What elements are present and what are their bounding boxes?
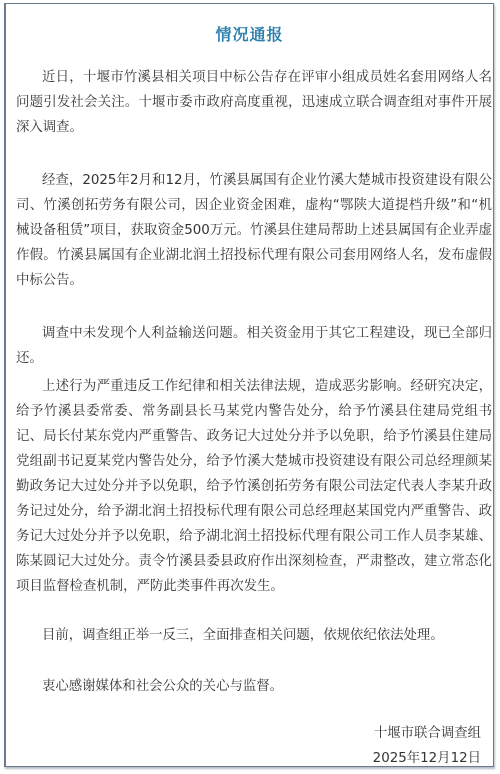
paragraph-thanks: 衷心感谢媒体和社会公众的关心与监督。	[16, 674, 492, 699]
paragraph-current: 目前，调查组正举一反三，全面排查相关问题，依规依纪依法处理。	[16, 623, 492, 648]
notice-frame: 情况通报 近日，十堰市竹溪县相关项目中标公告存在评审小组成员姓名套用网络人名问题…	[4, 3, 494, 767]
paragraph-funds: 调查中未发现个人利益输送问题。相关资金用于其它工程建设，现已全部归还。	[16, 321, 492, 371]
signature-issuer: 十堰市联合调查组	[374, 722, 481, 741]
notice-title: 情况通报	[6, 22, 493, 45]
paragraph-penalties: 上述行为严重违反工作纪律和相关法律法规，造成恶劣影响。经研究决定，给予竹溪县委常…	[16, 374, 492, 599]
paragraph-findings: 经查，2025年2月和12月，竹溪县属国有企业竹溪大楚城市投资建设有限公司、竹溪…	[16, 168, 492, 293]
signature-date: 2025年12月12日	[373, 747, 481, 766]
paragraph-intro: 近日，十堰市竹溪县相关项目中标公告存在评审小组成员姓名套用网络人名问题引发社会关…	[16, 65, 492, 140]
